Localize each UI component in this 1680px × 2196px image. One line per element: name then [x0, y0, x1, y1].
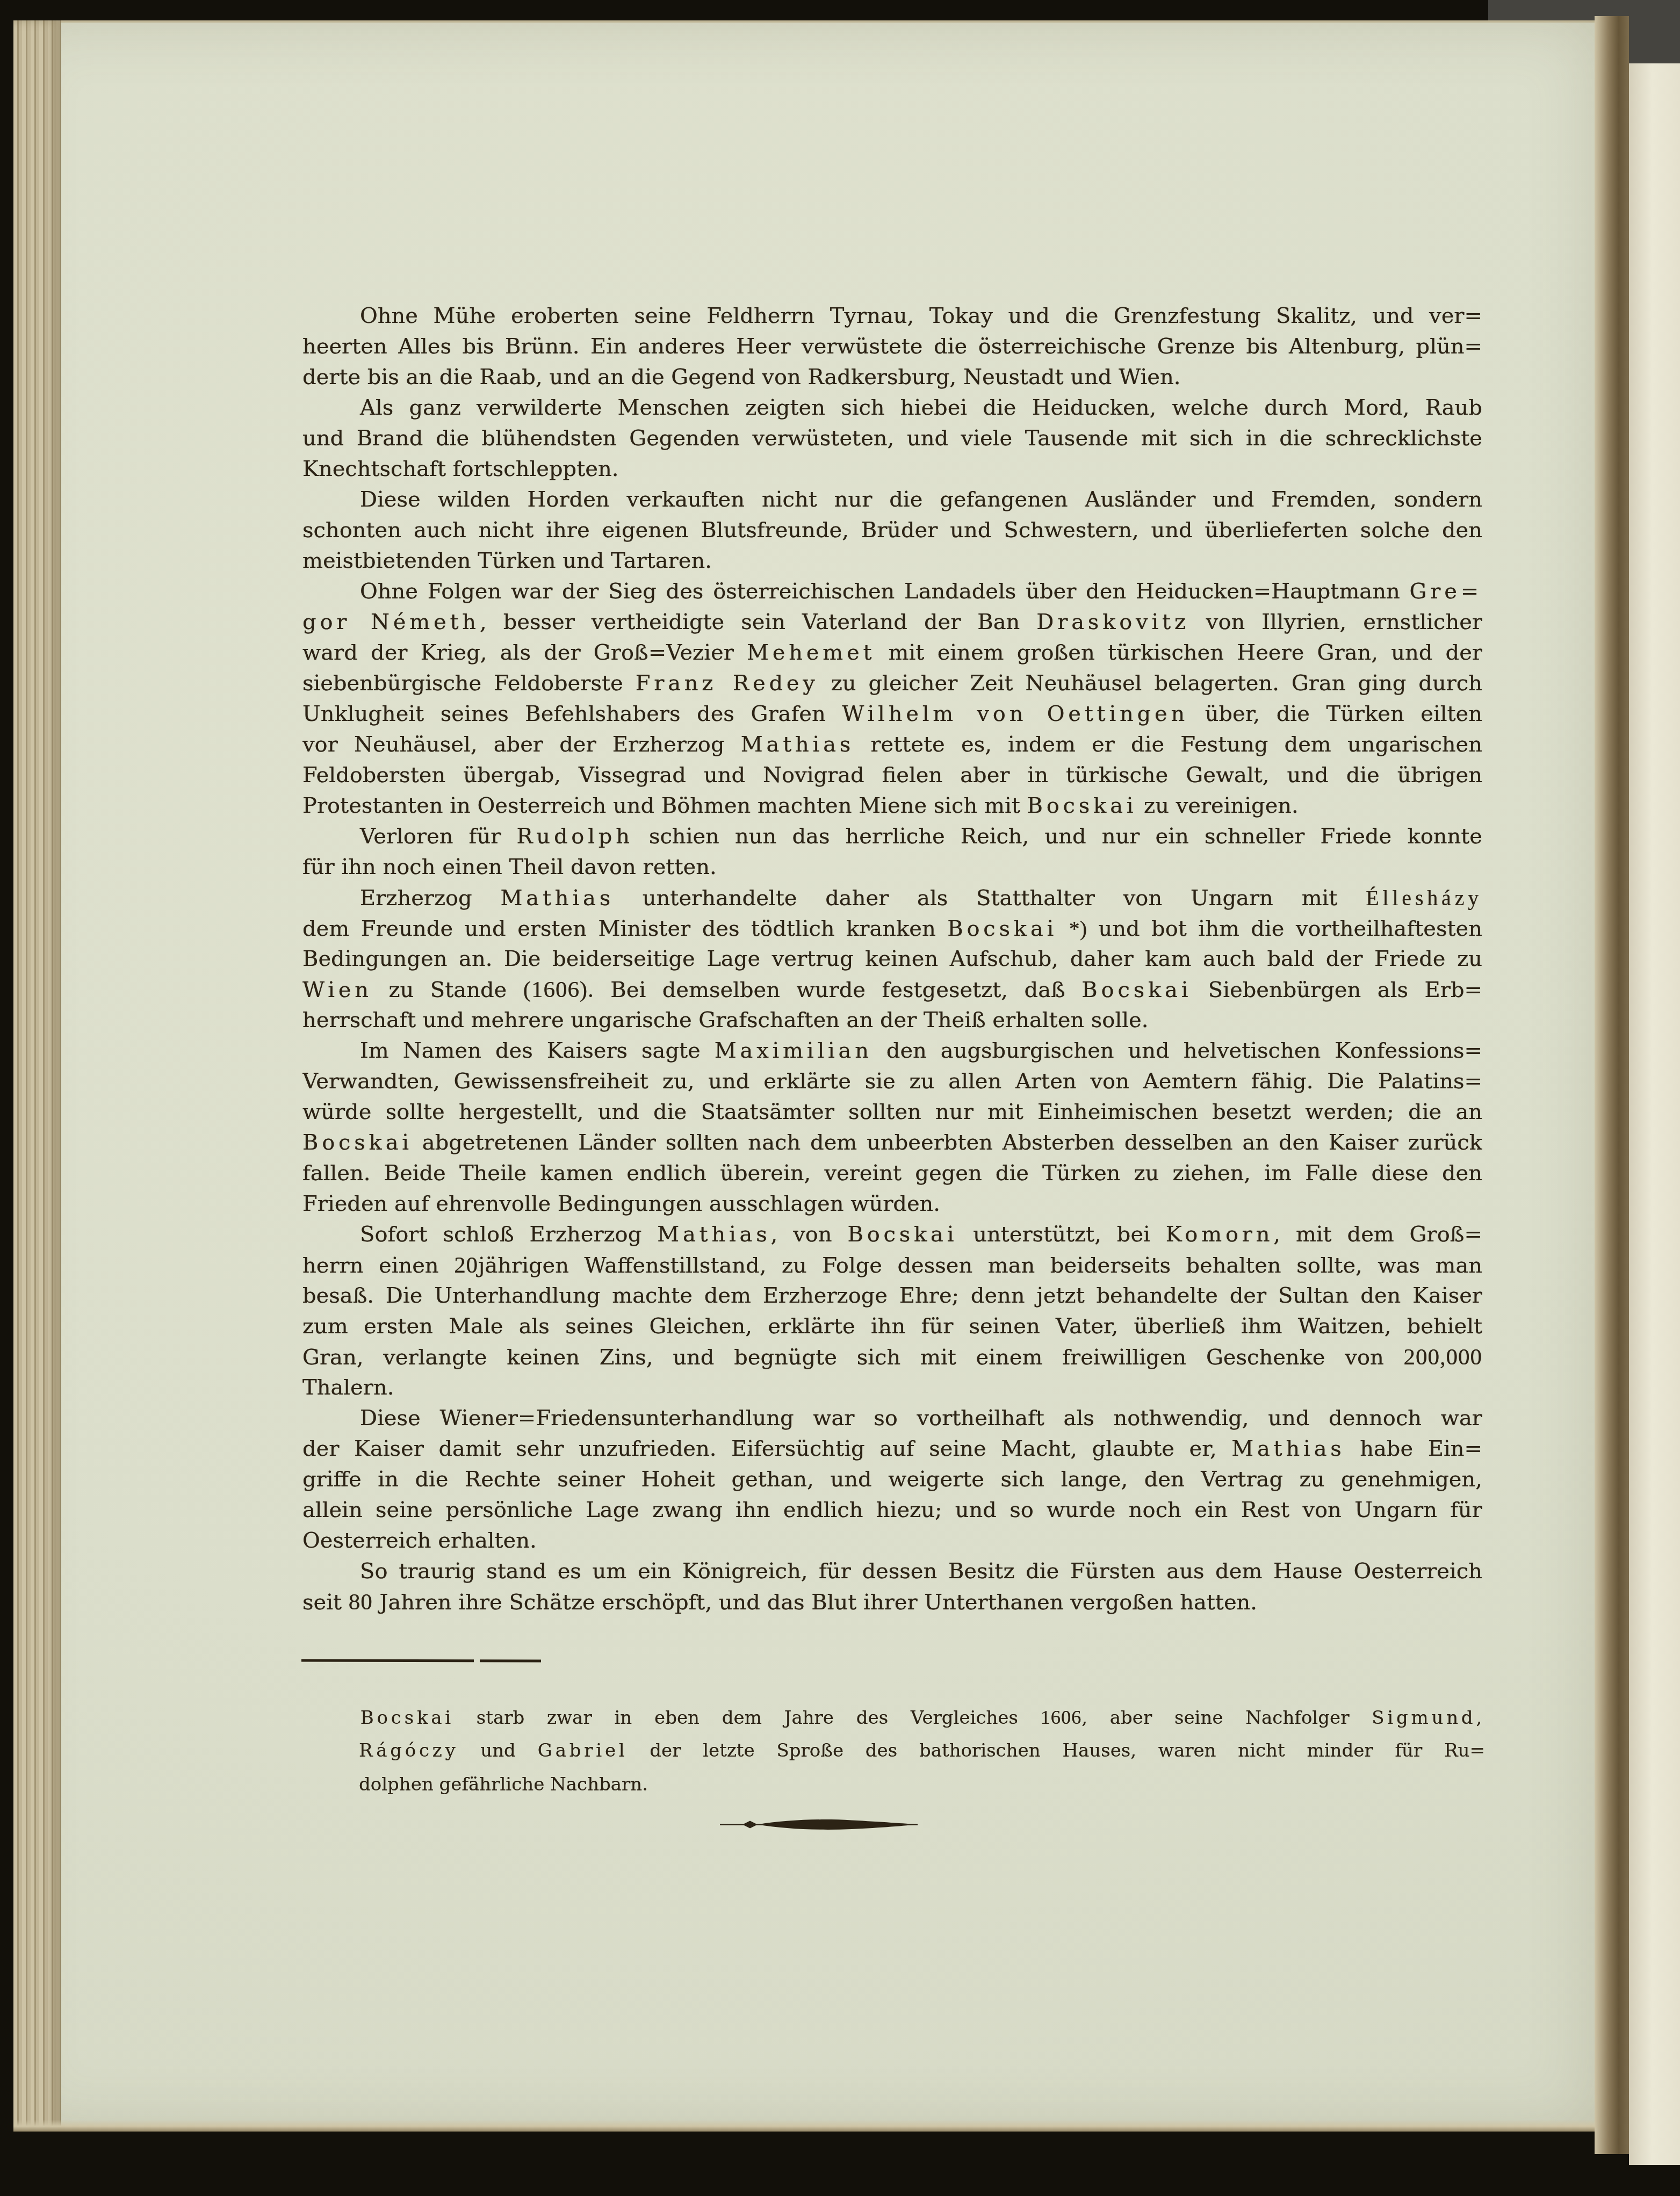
- page-stack-edge: [13, 20, 61, 2132]
- text-run: Verwandten, Gewissensfreiheit zu, und er…: [302, 1069, 1482, 1094]
- text-run: meistbietenden Türken und Tartaren.: [302, 548, 712, 573]
- text-run: und bot ihm die vortheilhaftesten: [1087, 916, 1482, 941]
- antiqua-run: 200,000: [1404, 1345, 1482, 1370]
- text-line: allein seine persönliche Lage zwang ihn …: [302, 1495, 1482, 1526]
- text-line: Wien zu Stande (1606). Bei demselben wur…: [302, 974, 1482, 1005]
- text-line: seit 80 Jahren ihre Schätze erschöpft, u…: [302, 1587, 1482, 1617]
- text-line: gor Németh, besser vertheidigte sein Vat…: [302, 607, 1482, 638]
- text-line: Als ganz verwilderte Menschen zeigten si…: [302, 393, 1482, 423]
- text-line: derte bis an die Raab, und an die Gegend…: [302, 362, 1482, 393]
- person-name-spaced: Draskovitz: [1036, 610, 1189, 634]
- text-run: Thalern.: [302, 1375, 394, 1400]
- text-run: schien nun das herrliche Reich, und nur …: [633, 824, 1482, 849]
- text-run: würde sollte hergestellt, und die Staats…: [302, 1100, 1482, 1124]
- text-line: dolphen gefährliche Nachbarn.: [359, 1768, 1485, 1802]
- text-line: für ihn noch einen Theil davon retten.: [302, 852, 1482, 883]
- person-name-spaced: Bocskai: [302, 1130, 413, 1155]
- text-run: siebenbürgische Feldoberste: [302, 671, 636, 696]
- section-divider-ornament: [720, 1817, 918, 1833]
- text-run: für ihn noch einen Theil davon retten.: [302, 855, 717, 879]
- text-line: Frieden auf ehrenvolle Bedingungen aussc…: [302, 1189, 1482, 1219]
- person-name-spaced: Komorn: [1166, 1222, 1274, 1247]
- text-run: und: [459, 1740, 538, 1761]
- text-run: Diese Wiener=Friedensunterhandlung war s…: [360, 1406, 1482, 1431]
- text-line: vor Neuhäusel, aber der Erzherzog Mathia…: [302, 729, 1482, 760]
- text-line: besaß. Die Unterhandlung machte dem Erzh…: [302, 1281, 1482, 1311]
- text-run: Bei demselben wurde festgesetzt, daß: [594, 978, 1082, 1002]
- text-run: , besser vertheidigte sein Vaterland der…: [480, 610, 1036, 634]
- person-name-spaced: Rudolph: [516, 824, 633, 849]
- text-run: fallen. Beide Theile kamen endlich übere…: [302, 1161, 1482, 1186]
- text-run: unterstützt, bei: [957, 1222, 1165, 1247]
- text-line: der Kaiser damit sehr unzufrieden. Eifer…: [302, 1434, 1482, 1464]
- text-run: So traurig stand es um ein Königreich, f…: [360, 1559, 1482, 1584]
- person-name-spaced: Maximilian: [715, 1038, 873, 1063]
- text-run: Knechtschaft fortschleppten.: [302, 457, 618, 481]
- person-name-spaced: Gabriel: [538, 1740, 628, 1761]
- person-name-spaced: Wilhelm von Oettingen: [842, 702, 1188, 726]
- text-run: allein seine persönliche Lage zwang ihn …: [302, 1498, 1482, 1522]
- text-run: abgetretenen Länder sollten nach dem unb…: [413, 1130, 1482, 1155]
- text-line: griffe in die Rechte seiner Hoheit getha…: [302, 1464, 1482, 1495]
- swelled-rule-icon: [720, 1817, 918, 1833]
- text-run: dolphen gefährliche Nachbarn.: [359, 1774, 648, 1795]
- text-run: Jahren ihre Schätze erschöpft, und das B…: [373, 1590, 1257, 1615]
- text-run: seit: [302, 1590, 349, 1615]
- page-bottom-edge: [13, 2120, 1595, 2132]
- text-run: , mit dem Groß=: [1273, 1222, 1482, 1247]
- text-line: heerten Alles bis Brünn. Ein anderes Hee…: [302, 331, 1482, 362]
- person-name-spaced: Bocskai: [360, 1707, 454, 1729]
- text-run: Frieden auf ehrenvolle Bedingungen aussc…: [302, 1191, 940, 1216]
- person-name-spaced: Wien: [302, 978, 372, 1002]
- text-line: fallen. Beide Theile kamen endlich übere…: [302, 1158, 1482, 1189]
- person-name-spaced: Bocskai: [947, 916, 1057, 941]
- antiqua-run: 20: [454, 1253, 478, 1278]
- text-line: Thalern.: [302, 1373, 1482, 1403]
- text-run: unterhandelte daher als Statthalter von …: [614, 886, 1366, 911]
- text-run: Siebenbürgen als Erb=: [1192, 978, 1482, 1002]
- person-name-spaced: Bocskai: [1081, 978, 1192, 1002]
- person-name-spaced: Gre=: [1410, 579, 1482, 604]
- text-line: ward der Krieg, als der Groß=Vezier Mehe…: [302, 638, 1482, 668]
- text-run: griffe in die Rechte seiner Hoheit getha…: [302, 1467, 1482, 1492]
- person-name-spaced: Bocskai: [847, 1222, 957, 1247]
- text-run: zum ersten Male als seines Gleichen, erk…: [302, 1314, 1482, 1339]
- text-run: [1057, 916, 1069, 941]
- book-page: Ohne Mühe eroberten seine Feldherrn Tyrn…: [13, 20, 1595, 2132]
- text-run: den augsburgischen und helvetischen Konf…: [873, 1038, 1482, 1063]
- text-run: rettete es, indem er die Festung dem ung…: [854, 732, 1482, 757]
- text-run: Verloren für: [360, 824, 516, 849]
- text-run: heerten Alles bis Brünn. Ein anderes Hee…: [302, 334, 1482, 359]
- text-line: zum ersten Male als seines Gleichen, erk…: [302, 1311, 1482, 1342]
- paragraph: Verloren für Rudolph schien nun das herr…: [302, 821, 1482, 883]
- footnote-paragraph: *) Bocskai starb zwar in eben dem Jahre …: [359, 1700, 1485, 1802]
- text-line: Knechtschaft fortschleppten.: [302, 454, 1482, 485]
- person-name-spaced: Mehemet: [747, 640, 875, 665]
- text-line: dem Freunde und ersten Minister des tödt…: [302, 913, 1482, 944]
- text-line: Bocskai abgetretenen Länder sollten nach…: [302, 1128, 1482, 1158]
- text-run: Im Namen des Kaisers sagte: [360, 1038, 715, 1063]
- text-line: Sofort schloß Erzherzog Mathias, von Boc…: [302, 1219, 1482, 1250]
- person-name-spaced: Mathias: [501, 886, 614, 911]
- person-name-spaced: Mathias: [657, 1222, 770, 1247]
- text-line: Rágóczy und Gabriel der letzte Sproße de…: [359, 1734, 1485, 1768]
- text-line: Diese Wiener=Friedensunterhandlung war s…: [302, 1403, 1482, 1434]
- text-line: Diese wilden Horden verkauften nicht nur…: [302, 485, 1482, 515]
- text-run: zu Stande: [372, 978, 523, 1002]
- text-run: über, die Türken eilten: [1188, 702, 1482, 726]
- person-name-spaced: Mathias: [1231, 1436, 1345, 1461]
- book-gutter-shadow: [1595, 16, 1629, 2154]
- text-run: der letzte Sproße des bathorischen Hause…: [628, 1740, 1485, 1761]
- text-line: Im Namen des Kaisers sagte Maximilian de…: [302, 1036, 1482, 1066]
- text-line: schonten auch nicht ihre eigenen Blutsfr…: [302, 515, 1482, 546]
- person-name-spaced: gor Németh: [302, 610, 480, 634]
- paragraph: Als ganz verwilderte Menschen zeigten si…: [302, 393, 1482, 485]
- paragraph: Ohne Mühe eroberten seine Feldherrn Tyrn…: [302, 301, 1482, 393]
- text-run: habe Ein=: [1345, 1436, 1482, 1461]
- text-run: Erzherzog: [360, 886, 501, 911]
- text-line: Verwandten, Gewissensfreiheit zu, und er…: [302, 1066, 1482, 1097]
- person-name-spaced: Mathias: [741, 732, 854, 757]
- person-name-spaced: Rágóczy: [359, 1740, 459, 1761]
- paragraph: Sofort schloß Erzherzog Mathias, von Boc…: [302, 1219, 1482, 1403]
- antiqua-run: 80: [349, 1590, 373, 1615]
- text-line: Ohne Mühe eroberten seine Feldherrn Tyrn…: [302, 301, 1482, 331]
- footnote-text: *) Bocskai starb zwar in eben dem Jahre …: [359, 1700, 1485, 1802]
- text-run: Feldobersten übergab, Vissegrad und Novi…: [302, 763, 1482, 788]
- paragraph: Ohne Folgen war der Sieg des österreichi…: [302, 576, 1482, 821]
- text-line: Feldobersten übergab, Vissegrad und Novi…: [302, 760, 1482, 791]
- text-line: Bedingungen an. Die beiderseitige Lage v…: [302, 944, 1482, 974]
- paragraph: Im Namen des Kaisers sagte Maximilian de…: [302, 1036, 1482, 1219]
- footnote-separator-rule: [301, 1659, 541, 1662]
- text-line: Ohne Folgen war der Sieg des österreichi…: [302, 576, 1482, 607]
- paragraph: Diese wilden Horden verkauften nicht nur…: [302, 485, 1482, 576]
- text-line: siebenbürgische Feldoberste Franz Redey …: [302, 668, 1482, 699]
- text-run: herrschaft und mehrere ungarische Grafsc…: [302, 1008, 1148, 1032]
- person-name-spaced: Éllesházy: [1366, 886, 1482, 910]
- text-line: Oesterreich erhalten.: [302, 1526, 1482, 1556]
- text-line: Gran, verlangte keinen Zins, und begnügt…: [302, 1342, 1482, 1373]
- text-run: mit einem großen türkischen Heere Gran, …: [875, 640, 1482, 665]
- text-run: von Illyrien, ernstlicher: [1189, 610, 1482, 634]
- text-run: zu vereinigen.: [1137, 793, 1298, 818]
- text-run: Ohne Folgen war der Sieg des österreichi…: [360, 579, 1410, 604]
- text-line: Erzherzog Mathias unterhandelte daher al…: [302, 883, 1482, 913]
- text-run: Ohne Mühe eroberten seine Feldherrn Tyrn…: [360, 304, 1482, 328]
- text-line: und Brand die blühendsten Gegenden verwü…: [302, 423, 1482, 454]
- text-run: Als ganz verwilderte Menschen zeigten si…: [360, 395, 1482, 420]
- person-name-spaced: Franz Redey: [636, 671, 819, 696]
- text-run: herrn einen: [302, 1253, 454, 1278]
- text-run: starb zwar in eben dem Jahre des Verglei…: [454, 1707, 1041, 1729]
- text-run: besaß. Die Unterhandlung machte dem Erzh…: [302, 1283, 1482, 1308]
- text-run: Diese wilden Horden verkauften nicht nur…: [360, 487, 1482, 512]
- adjacent-page-sliver: [1629, 63, 1680, 2165]
- text-run: Bedingungen an. Die beiderseitige Lage v…: [302, 947, 1482, 971]
- text-line: So traurig stand es um ein Königreich, f…: [302, 1556, 1482, 1587]
- text-line: Unklugheit seines Befehlshabers des Graf…: [302, 699, 1482, 729]
- text-run: Oesterreich erhalten.: [302, 1528, 537, 1553]
- text-run: , von: [771, 1222, 848, 1247]
- person-name-spaced: Bocskai: [1027, 793, 1137, 818]
- text-run: ward der Krieg, als der Groß=Vezier: [302, 640, 747, 665]
- text-run: Sofort schloß Erzherzog: [360, 1222, 657, 1247]
- text-run: derte bis an die Raab, und an die Gegend…: [302, 365, 1181, 389]
- text-line: Verloren für Rudolph schien nun das herr…: [302, 821, 1482, 852]
- text-line: Protestanten in Oesterreich und Böhmen m…: [302, 791, 1482, 821]
- text-run: der Kaiser damit sehr unzufrieden. Eifer…: [302, 1436, 1231, 1461]
- text-run: und Brand die blühendsten Gegenden verwü…: [302, 426, 1482, 451]
- paragraph: Erzherzog Mathias unterhandelte daher al…: [302, 883, 1482, 1036]
- text-run: Unklugheit seines Befehlshabers des Graf…: [302, 702, 842, 726]
- photo-backdrop: Ohne Mühe eroberten seine Feldherrn Tyrn…: [0, 0, 1680, 2196]
- text-run: jährigen Waffenstillstand, zu Folge dess…: [478, 1253, 1482, 1278]
- text-run: vor Neuhäusel, aber der Erzherzog: [302, 732, 741, 757]
- text-line: herrn einen 20jährigen Waffenstillstand,…: [302, 1250, 1482, 1281]
- text-run: schonten auch nicht ihre eigenen Blutsfr…: [302, 518, 1482, 543]
- paragraph: Diese Wiener=Friedensunterhandlung war s…: [302, 1403, 1482, 1556]
- text-run: , aber seine Nachfolger: [1081, 1707, 1372, 1729]
- antiqua-run: (1606).: [523, 977, 594, 1002]
- text-line: meistbietenden Türken und Tartaren.: [302, 546, 1482, 576]
- body-text: Ohne Mühe eroberten seine Feldherrn Tyrn…: [302, 301, 1482, 1617]
- antiqua-run: 1606: [1041, 1706, 1081, 1728]
- text-run: Protestanten in Oesterreich und Böhmen m…: [302, 793, 1027, 818]
- text-run: dem Freunde und ersten Minister des tödt…: [302, 916, 947, 941]
- text-run: Gran, verlangte keinen Zins, und begnügt…: [302, 1345, 1404, 1370]
- text-line: *) Bocskai starb zwar in eben dem Jahre …: [359, 1700, 1485, 1734]
- text-line: herrschaft und mehrere ungarische Grafsc…: [302, 1005, 1482, 1036]
- paragraph: So traurig stand es um ein Königreich, f…: [302, 1556, 1482, 1617]
- text-run: zu gleicher Zeit Neuhäusel belagerten. G…: [819, 671, 1482, 696]
- text-line: würde sollte hergestellt, und die Staats…: [302, 1097, 1482, 1128]
- antiqua-run: *): [1069, 916, 1087, 941]
- person-name-spaced: Sigmund,: [1372, 1707, 1485, 1729]
